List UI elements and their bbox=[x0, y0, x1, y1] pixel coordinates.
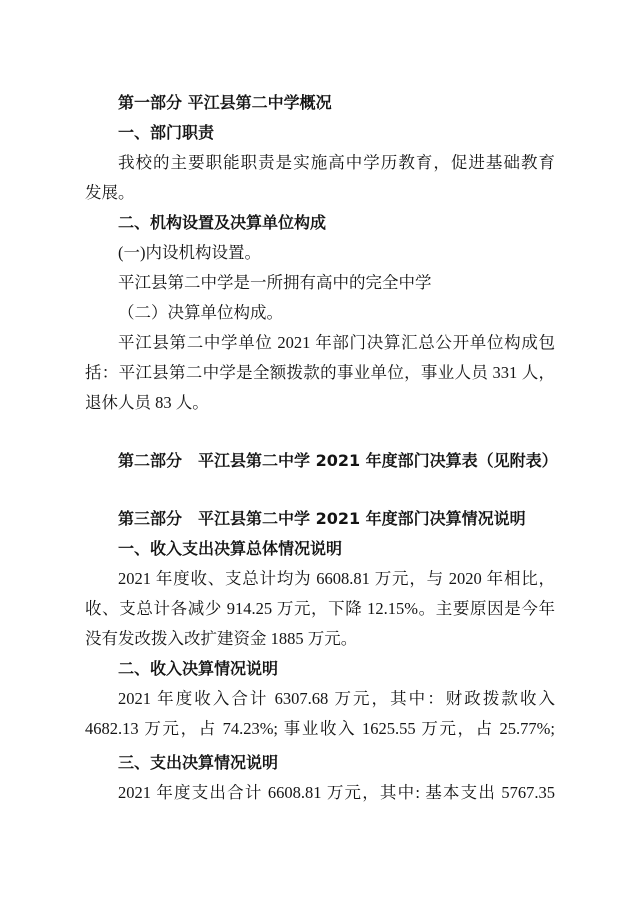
body-line: 4682.13 万元，占 74.23%; 事业收入 1625.55 万元，占 2… bbox=[85, 714, 555, 744]
body-line: 发展。 bbox=[85, 178, 555, 208]
part-heading-1: 第一部分 平江县第二中学概况 bbox=[85, 88, 555, 118]
body-line: 平江县第二中学单位 2021 年部门决算汇总公开单位构成包 bbox=[85, 328, 555, 358]
body-line: 平江县第二中学是一所拥有高中的完全中学 bbox=[85, 268, 555, 298]
body-line: 退休人员 83 人。 bbox=[85, 388, 555, 418]
body-line: 没有发改拨入改扩建资金 1885 万元。 bbox=[85, 624, 555, 654]
body-line: 括：平江县第二中学是全额拨款的事业单位，事业人员 331 人， bbox=[85, 358, 555, 388]
body-line: 我校的主要职能职责是实施高中学历教育，促进基础教育 bbox=[85, 148, 555, 178]
body-line: 收、支总计各减少 914.25 万元，下降 12.15%。主要原因是今年 bbox=[85, 594, 555, 624]
body-line: 2021 年度支出合计 6608.81 万元，其中: 基本支出 5767.35 bbox=[85, 778, 555, 808]
body-line: 2021 年度收入合计 6307.68 万元，其中：财政拨款收入 bbox=[85, 684, 555, 714]
list-item-line: （二）决算单位构成。 bbox=[85, 298, 555, 328]
part-heading-2: 第二部分 平江县第二中学 2021 年度部门决算表（见附表） bbox=[85, 446, 555, 476]
section-heading-1-1: 一、部门职责 bbox=[85, 118, 555, 148]
section-heading-3-3: 三、支出决算情况说明 bbox=[85, 748, 555, 778]
section-heading-1-2: 二、机构设置及决算单位构成 bbox=[85, 208, 555, 238]
list-item-line: (一)内设机构设置。 bbox=[85, 238, 555, 268]
part-heading-3: 第三部分 平江县第二中学 2021 年度部门决算情况说明 bbox=[85, 504, 555, 534]
section-heading-3-1: 一、收入支出决算总体情况说明 bbox=[85, 534, 555, 564]
document-page: 第一部分 平江县第二中学概况 一、部门职责 我校的主要职能职责是实施高中学历教育… bbox=[0, 0, 635, 898]
section-heading-3-2: 二、收入决算情况说明 bbox=[85, 654, 555, 684]
body-line: 2021 年度收、支总计均为 6608.81 万元，与 2020 年相比， bbox=[85, 564, 555, 594]
